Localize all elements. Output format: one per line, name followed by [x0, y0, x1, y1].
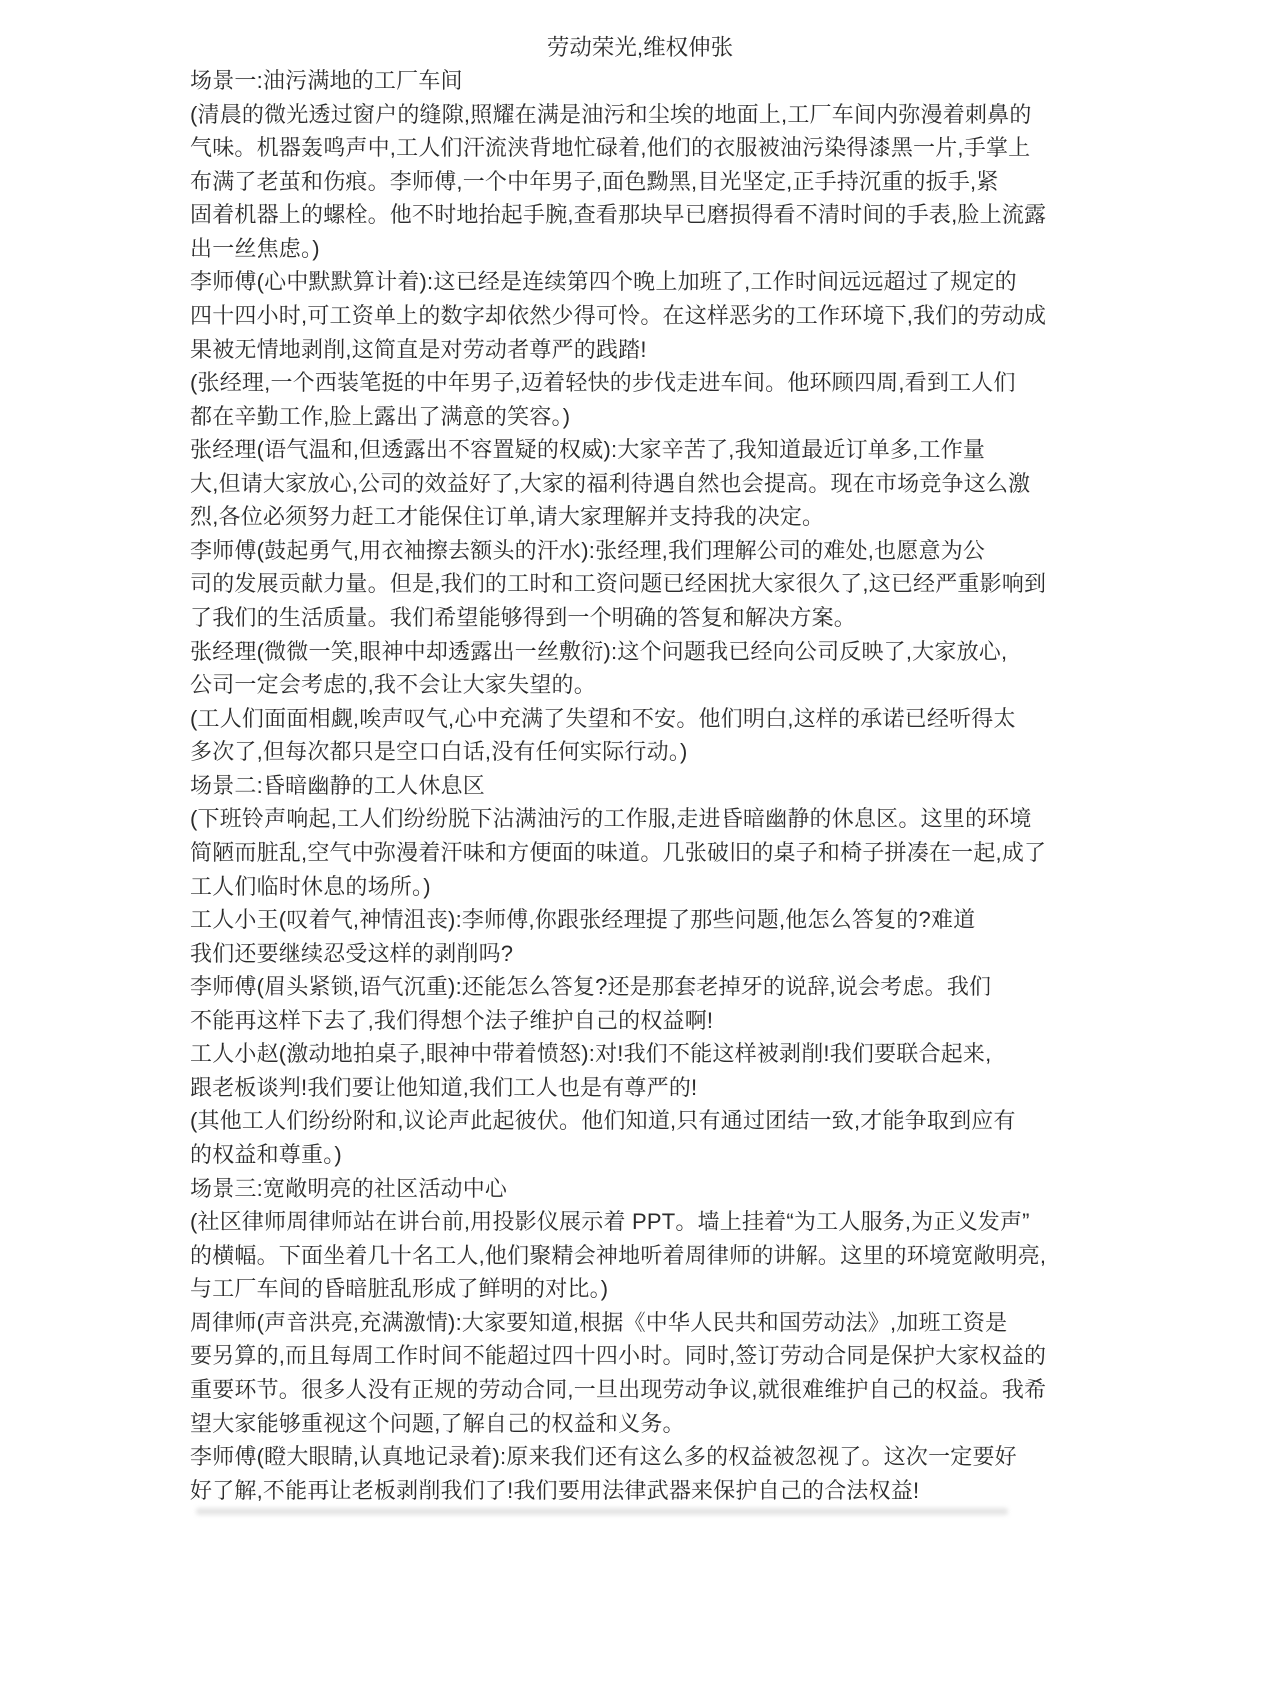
script-line: 场景一:油污满地的工厂车间: [190, 64, 1120, 98]
script-line: 李师傅(瞪大眼睛,认真地记录着):原来我们还有这么多的权益被忽视了。这次一定要好: [190, 1440, 1120, 1474]
script-line: 重要环节。很多人没有正规的劳动合同,一旦出现劳动争议,就很难维护自己的权益。我希: [190, 1373, 1120, 1407]
script-line: 李师傅(眉头紧锁,语气沉重):还能怎么答复?还是那套老掉牙的说辞,说会考虑。我们: [190, 970, 1120, 1004]
script-line: 工人小王(叹着气,神情沮丧):李师傅,你跟张经理提了那些问题,他怎么答复的?难道: [190, 903, 1120, 937]
script-line: 大,但请大家放心,公司的效益好了,大家的福利待遇自然也会提高。现在市场竞争这么激: [190, 467, 1120, 501]
script-line: 简陋而脏乱,空气中弥漫着汗味和方便面的味道。几张破旧的桌子和椅子拼凑在一起,成了: [190, 836, 1120, 870]
script-line: (社区律师周律师站在讲台前,用投影仪展示着 PPT。墙上挂着“为工人服务,为正义…: [190, 1205, 1120, 1239]
script-line: 了我们的生活质量。我们希望能够得到一个明确的答复和解决方案。: [190, 601, 1120, 635]
script-line: (张经理,一个西装笔挺的中年男子,迈着轻快的步伐走进车间。他环顾四周,看到工人们: [190, 366, 1120, 400]
script-line: 张经理(微微一笑,眼神中却透露出一丝敷衍):这个问题我已经向公司反映了,大家放心…: [190, 635, 1120, 669]
script-line: 不能再这样下去了,我们得想个法子维护自己的权益啊!: [190, 1004, 1120, 1038]
script-line: 的横幅。下面坐着几十名工人,他们聚精会神地听着周律师的讲解。这里的环境宽敞明亮,: [190, 1239, 1120, 1273]
document-title: 劳动荣光,维权伸张: [0, 33, 1280, 63]
script-line: 果被无情地剥削,这简直是对劳动者尊严的践踏!: [190, 333, 1120, 367]
script-line: 工人小赵(激动地拍桌子,眼神中带着愤怒):对!我们不能这样被剥削!我们要联合起来…: [190, 1037, 1120, 1071]
script-line: 场景三:宽敞明亮的社区活动中心: [190, 1172, 1120, 1206]
script-line: 好了解,不能再让老板剥削我们了!我们要用法律武器来保护自己的合法权益!: [190, 1474, 1120, 1508]
bottom-ghost-artifact: [196, 1508, 1008, 1515]
script-line: (其他工人们纷纷附和,议论声此起彼伏。他们知道,只有通过团结一致,才能争取到应有: [190, 1104, 1120, 1138]
script-line: 四十四小时,可工资单上的数字却依然少得可怜。在这样恶劣的工作环境下,我们的劳动成: [190, 299, 1120, 333]
script-line: 烈,各位必须努力赶工才能保住订单,请大家理解并支持我的决定。: [190, 500, 1120, 534]
script-line: 公司一定会考虑的,我不会让大家失望的。: [190, 668, 1120, 702]
script-line: 出一丝焦虑。): [190, 232, 1120, 266]
script-line: 张经理(语气温和,但透露出不容置疑的权威):大家辛苦了,我知道最近订单多,工作量: [190, 433, 1120, 467]
script-line: (下班铃声响起,工人们纷纷脱下沾满油污的工作服,走进昏暗幽静的休息区。这里的环境: [190, 802, 1120, 836]
script-line: 李师傅(鼓起勇气,用衣袖擦去额头的汗水):张经理,我们理解公司的难处,也愿意为公: [190, 534, 1120, 568]
script-line: 气味。机器轰鸣声中,工人们汗流浃背地忙碌着,他们的衣服被油污染得漆黑一片,手掌上: [190, 131, 1120, 165]
script-line: 我们还要继续忍受这样的剥削吗?: [190, 937, 1120, 971]
script-line: 周律师(声音洪亮,充满激情):大家要知道,根据《中华人民共和国劳动法》,加班工资…: [190, 1306, 1120, 1340]
script-line: (工人们面面相觑,唉声叹气,心中充满了失望和不安。他们明白,这样的承诺已经听得太: [190, 702, 1120, 736]
document-page: 劳动荣光,维权伸张 场景一:油污满地的工厂车间(清晨的微光透过窗户的缝隙,照耀在…: [0, 0, 1280, 1681]
script-line: 都在辛勤工作,脸上露出了满意的笑容。): [190, 400, 1120, 434]
script-line: 的权益和尊重。): [190, 1138, 1120, 1172]
script-line: 多次了,但每次都只是空口白话,没有任何实际行动。): [190, 735, 1120, 769]
script-line: 固着机器上的螺栓。他不时地抬起手腕,查看那块早已磨损得看不清时间的手表,脸上流露: [190, 198, 1120, 232]
script-line: 望大家能够重视这个问题,了解自己的权益和义务。: [190, 1407, 1120, 1441]
script-line: 工人们临时休息的场所。): [190, 870, 1120, 904]
script-line: (清晨的微光透过窗户的缝隙,照耀在满是油污和尘埃的地面上,工厂车间内弥漫着刺鼻的: [190, 98, 1120, 132]
script-line: 司的发展贡献力量。但是,我们的工时和工资问题已经困扰大家很久了,这已经严重影响到: [190, 567, 1120, 601]
script-line: 李师傅(心中默默算计着):这已经是连续第四个晚上加班了,工作时间远远超过了规定的: [190, 265, 1120, 299]
script-line: 场景二:昏暗幽静的工人休息区: [190, 769, 1120, 803]
script-line: 跟老板谈判!我们要让他知道,我们工人也是有尊严的!: [190, 1071, 1120, 1105]
script-line: 要另算的,而且每周工作时间不能超过四十四小时。同时,签订劳动合同是保护大家权益的: [190, 1339, 1120, 1373]
script-line: 布满了老茧和伤痕。李师傅,一个中年男子,面色黝黑,目光坚定,正手持沉重的扳手,紧: [190, 165, 1120, 199]
script-line: 与工厂车间的昏暗脏乱形成了鲜明的对比。): [190, 1272, 1120, 1306]
document-body: 场景一:油污满地的工厂车间(清晨的微光透过窗户的缝隙,照耀在满是油污和尘埃的地面…: [190, 64, 1120, 1507]
